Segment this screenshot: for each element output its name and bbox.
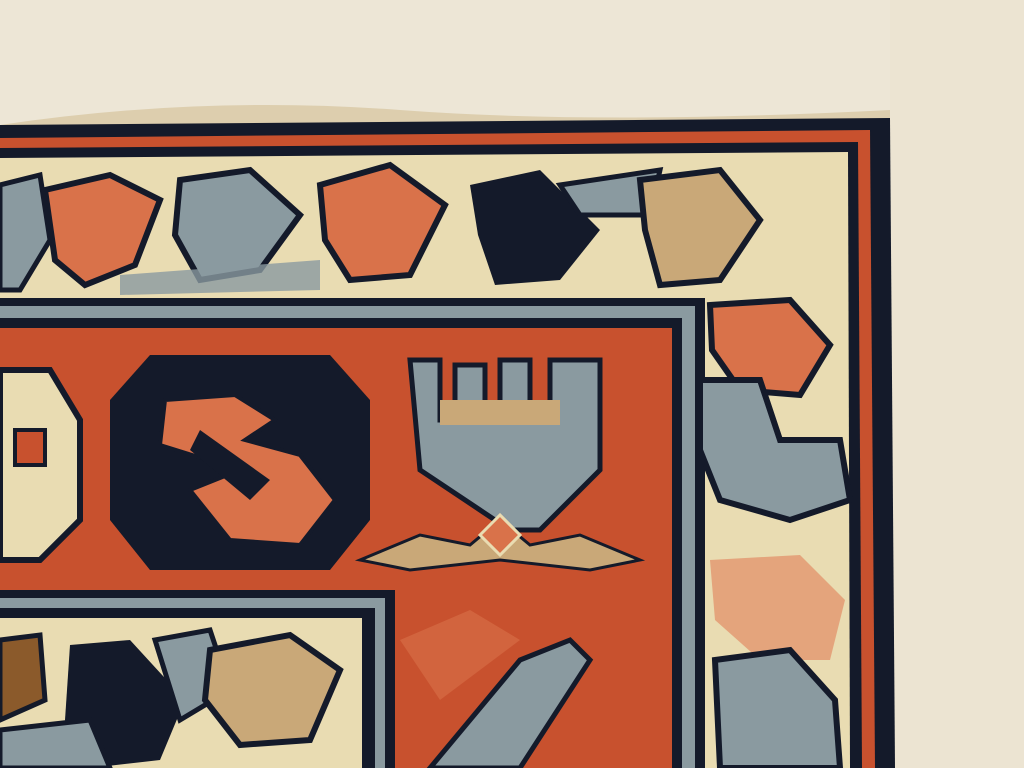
rug-photo — [0, 0, 1024, 768]
rug-illustration — [0, 0, 1024, 768]
